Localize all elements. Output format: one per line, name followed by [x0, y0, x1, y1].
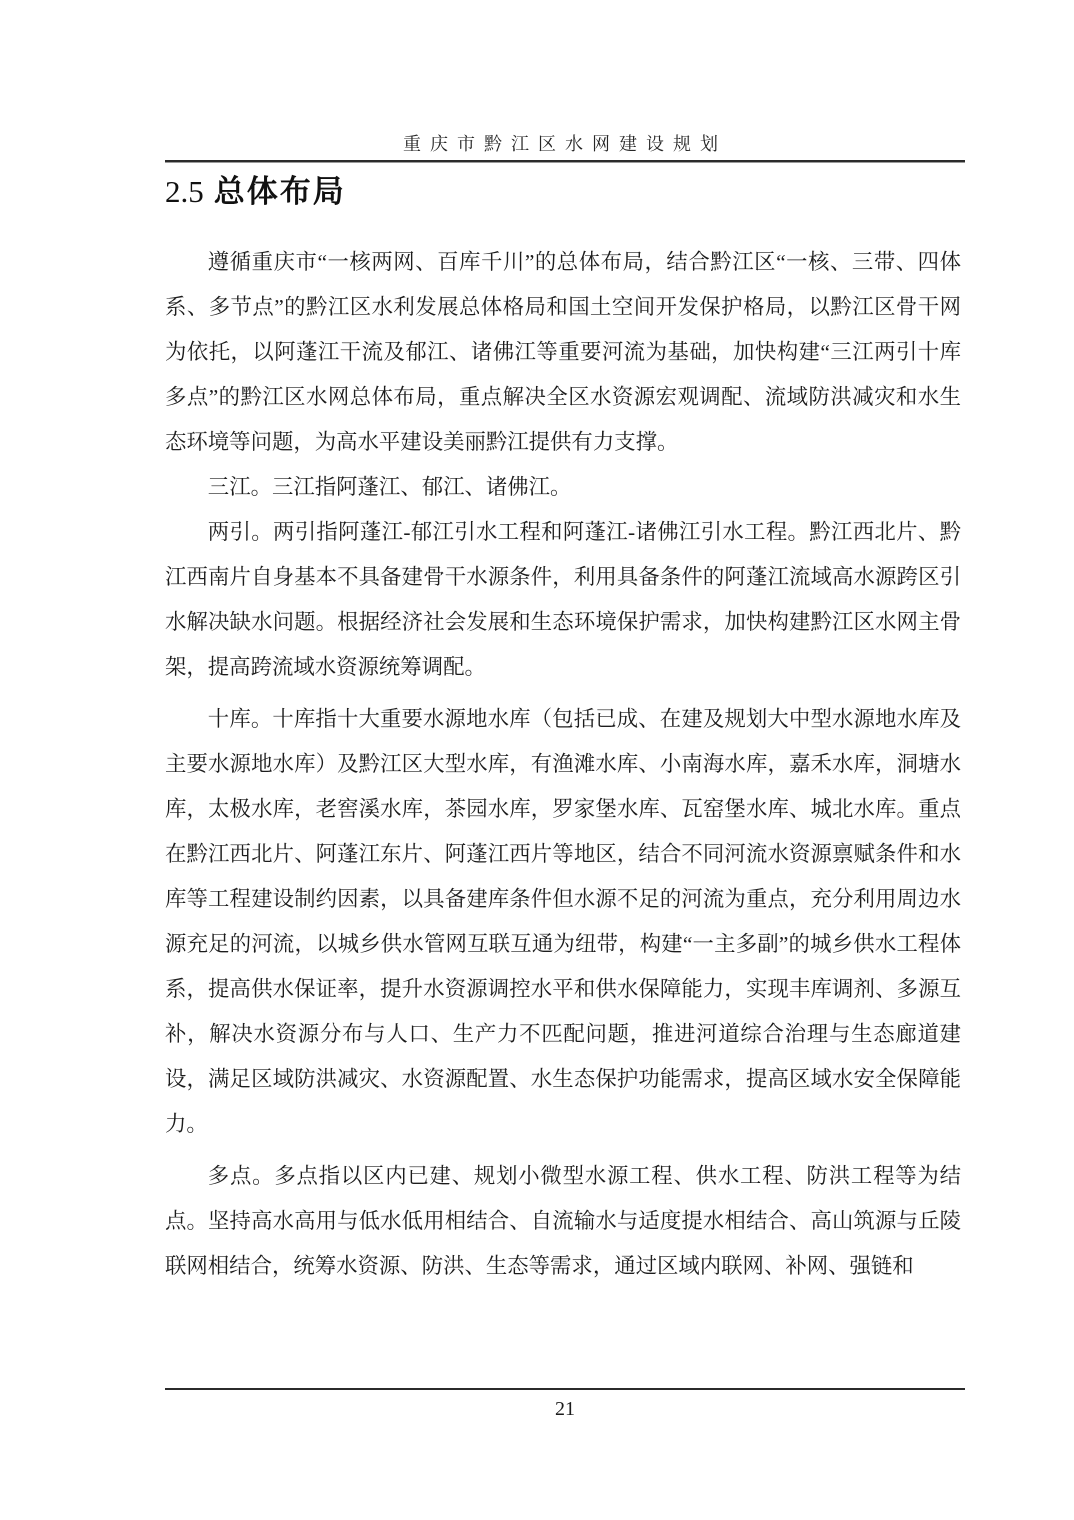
paragraph-duodian: 多点。多点指以区内已建、规划小微型水源工程、供水工程、防洪工程等为结点。坚持高水…	[165, 1154, 961, 1289]
document-body: 遵循重庆市“一核两网、百库千川”的总体布局，结合黔江区“一核、三带、四体系、多节…	[165, 240, 961, 1289]
paragraph-overview: 遵循重庆市“一核两网、百库千川”的总体布局，结合黔江区“一核、三带、四体系、多节…	[165, 240, 961, 465]
header-rule	[165, 160, 965, 163]
paragraph-shiku: 十库。十库指十大重要水源地水库（包括已成、在建及规划大中型水源地水库及主要水源地…	[165, 697, 961, 1147]
document-page: 重庆市黔江区水网建设规划 2.5总体布局 遵循重庆市“一核两网、百库千川”的总体…	[0, 0, 1074, 1520]
paragraph-liangyin: 两引。两引指阿蓬江-郁江引水工程和阿蓬江-诸佛江引水工程。黔江西北片、黔江西南片…	[165, 510, 961, 690]
section-name: 总体布局	[214, 174, 346, 210]
section-title: 2.5总体布局	[165, 172, 346, 212]
header-running-title: 重庆市黔江区水网建设规划	[165, 130, 965, 156]
section-number: 2.5	[165, 174, 204, 209]
footer-rule	[165, 1388, 965, 1390]
paragraph-sanjiang: 三江。三江指阿蓬江、郁江、诸佛江。	[165, 465, 961, 510]
page-number: 21	[165, 1398, 965, 1421]
